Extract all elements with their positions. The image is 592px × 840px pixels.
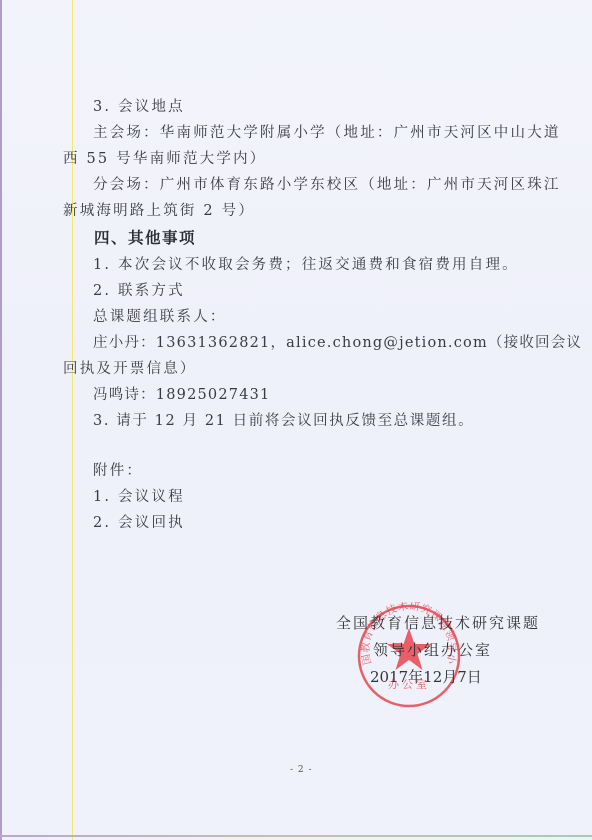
page-number: - 2 - [290,765,313,775]
branch-venue-line2: 新城海明路上筑街 2 号） [63,202,255,220]
section4-item2: 2. 联系方式 [93,282,185,300]
branch-venue-line1: 分会场：广州市体育东路小学东校区（地址：广州市天河区珠江 [93,176,561,194]
signature-org-line1: 全国教育信息技术研究课题 [336,612,540,633]
scan-guide-line [72,0,73,840]
signature-org-line2: 领导小组办公室 [373,639,492,660]
attachment-item-2: 2. 会议回执 [93,514,185,532]
section3-title: 3. 会议地点 [93,98,185,116]
attachments-label: 附件： [93,462,143,480]
contact1-line1: 庄小丹：13631362821，alice.chong@jetion.com（接… [93,334,582,352]
signature-date: 2017年12月7日 [370,666,482,687]
section4-item3: 3. 请于 12 月 21 日前将会议回执反馈至总课题组。 [93,412,474,430]
main-venue-line2: 西 55 号华南师范大学内） [63,150,266,168]
contact2: 冯鸣诗：18925027431 [93,386,270,404]
scan-left-edge [0,0,2,840]
section4-heading: 四、其他事项 [94,229,196,247]
section4-item1: 1. 本次会议不收取会务费；往返交通费和食宿费用自理。 [93,256,519,274]
scan-bottom-edge [0,835,592,837]
attachment-item-1: 1. 会议议程 [93,488,185,506]
contact1-line2: 回执及开票信息） [63,360,197,378]
contact-label: 总课题组联系人： [93,308,227,326]
main-venue-line1: 主会场：华南师范大学附属小学（地址：广州市天河区中山大道 [93,124,561,142]
